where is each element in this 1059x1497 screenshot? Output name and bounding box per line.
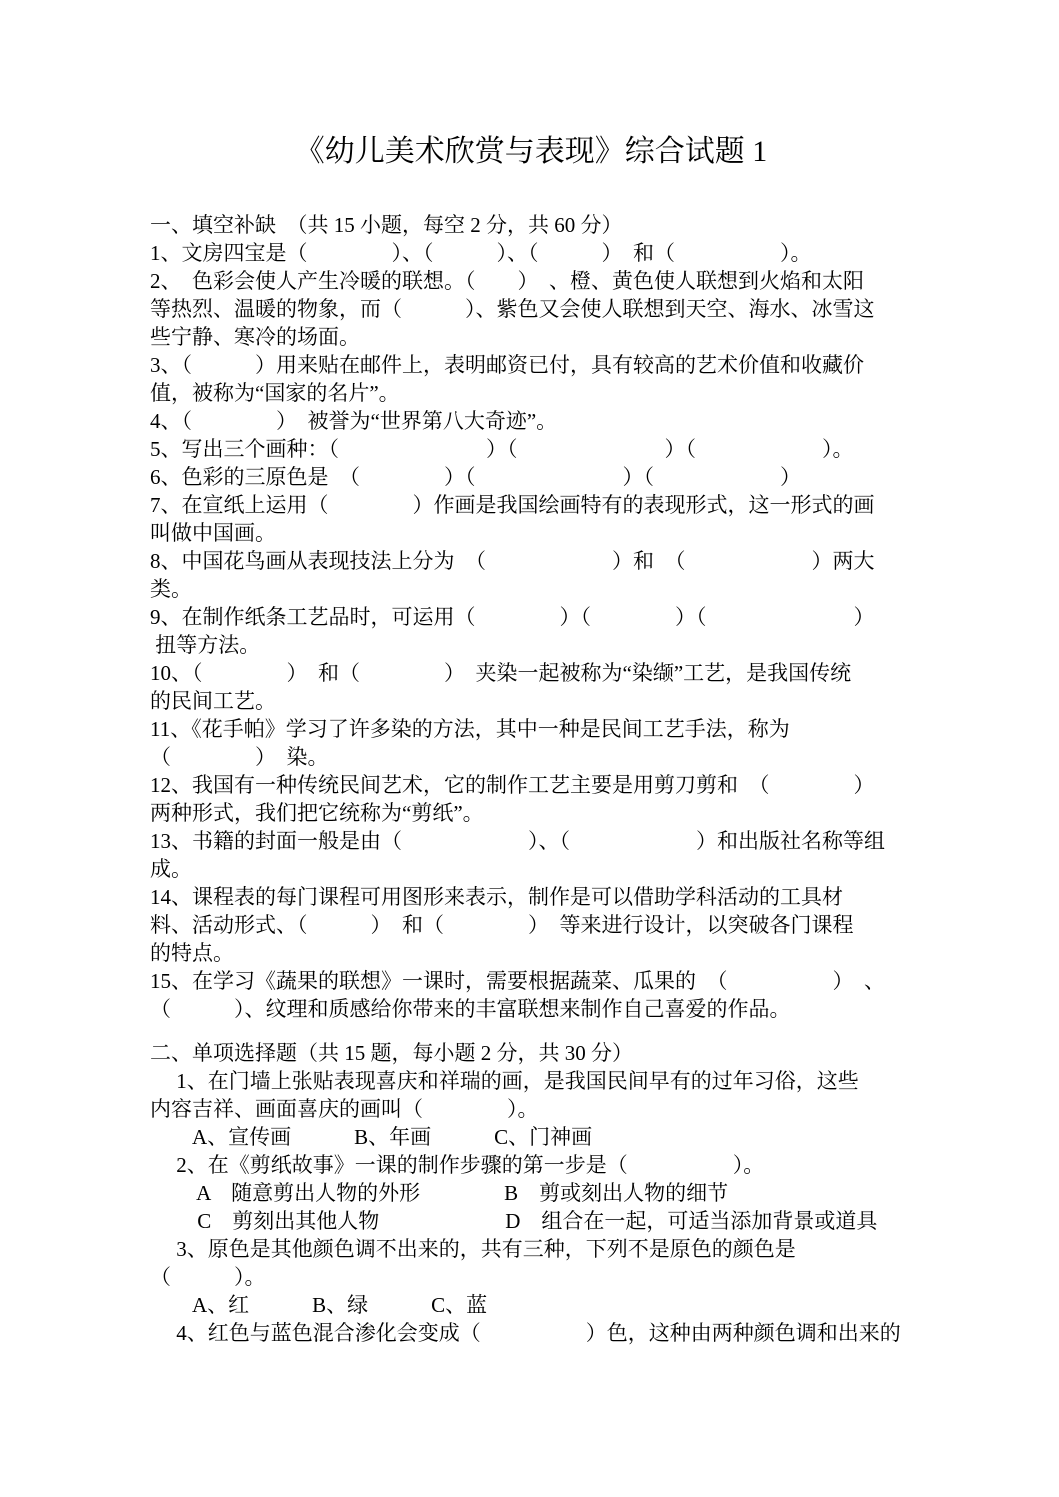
question-choice-2: 2、在《剪纸故事》一课的制作步骤的第一步是（ ）。 A 随意剪出人物的外形 B … — [150, 1151, 950, 1235]
question-fill-5: 5、写出三个画种：（ ）（ ）（ ）。 — [150, 435, 950, 463]
question-line: 7、在宣纸上运用（ ）作画是我国绘画特有的表现形式，这一形式的画 — [150, 491, 950, 519]
question-line: 值，被称为“国家的名片”。 — [150, 379, 950, 407]
section-heading: 二、单项选择题（共 15 题，每小题 2 分，共 30 分） — [150, 1039, 950, 1067]
question-line: 两种形式，我们把它统称为“剪纸”。 — [150, 799, 950, 827]
exam-document-page: 《幼儿美术欣赏与表现》综合试题 1 一、填空补缺 （共 15 小题，每空 2 分… — [0, 0, 1059, 1497]
question-line: 内容吉祥、画面喜庆的画叫（ ）。 — [150, 1095, 950, 1123]
question-fill-15: 15、在学习《蔬果的联想》一课时，需要根据蔬菜、瓜果的 （ ） 、 （ ）、纹理… — [150, 967, 950, 1023]
question-line: 8、中国花鸟画从表现技法上分为 （ ）和 （ ）两大 — [150, 547, 950, 575]
question-choice-1: 1、在门墙上张贴表现喜庆和祥瑞的画，是我国民间早有的过年习俗，这些 内容吉祥、画… — [150, 1067, 950, 1151]
question-fill-14: 14、课程表的每门课程可用图形来表示，制作是可以借助学科活动的工具材 料、活动形… — [150, 883, 950, 967]
question-fill-12: 12、我国有一种传统民间艺术，它的制作工艺主要是用剪刀剪和 （ ） 两种形式，我… — [150, 771, 950, 827]
question-line: 2、 色彩会使人产生冷暖的联想。（ ） 、橙、黄色使人联想到火焰和太阳 — [150, 267, 950, 295]
question-line: 扭等方法。 — [150, 631, 950, 659]
document-content: 《幼儿美术欣赏与表现》综合试题 1 一、填空补缺 （共 15 小题，每空 2 分… — [150, 0, 950, 1347]
question-line: 12、我国有一种传统民间艺术，它的制作工艺主要是用剪刀剪和 （ ） — [150, 771, 950, 799]
question-line: 的民间工艺。 — [150, 687, 950, 715]
question-line: 等热烈、温暖的物象，而（ ）、紫色又会使人联想到天空、海水、冰雪这 — [150, 295, 950, 323]
question-options: A、红 B、绿 C、蓝 — [150, 1291, 950, 1319]
question-line: 叫做中国画。 — [150, 519, 950, 547]
question-line: 13、书籍的封面一般是由（ ）、（ ）和出版社名称等组 — [150, 827, 950, 855]
section-fill-in-blanks: 一、填空补缺 （共 15 小题，每空 2 分，共 60 分） 1、文房四宝是（ … — [150, 211, 950, 1023]
question-line: 11、《花手帕》学习了许多染的方法，其中一种是民间工艺手法，称为 — [150, 715, 950, 743]
question-line: 5、写出三个画种：（ ）（ ）（ ）。 — [150, 435, 950, 463]
question-options: C 剪刻出其他人物 D 组合在一起，可适当添加背景或道具 — [150, 1207, 950, 1235]
question-line: 4、（ ） 被誉为“世界第八大奇迹”。 — [150, 407, 950, 435]
question-line: 3、原色是其他颜色调不出来的，共有三种，下列不是原色的颜色是 — [150, 1235, 950, 1263]
question-line: 9、在制作纸条工艺品时，可运用（ ）（ ）（ ） — [150, 603, 950, 631]
question-line: 1、文房四宝是（ ）、（ ）、（ ） 和（ ）。 — [150, 239, 950, 267]
question-fill-11: 11、《花手帕》学习了许多染的方法，其中一种是民间工艺手法，称为 （ ） 染。 — [150, 715, 950, 771]
question-line: （ ）。 — [150, 1263, 950, 1291]
question-fill-6: 6、色彩的三原色是 （ ）（ ）（ ） — [150, 463, 950, 491]
question-line: 3、（ ）用来贴在邮件上，表明邮资已付，具有较高的艺术价值和收藏价 — [150, 351, 950, 379]
question-fill-8: 8、中国花鸟画从表现技法上分为 （ ）和 （ ）两大 类。 — [150, 547, 950, 603]
question-fill-3: 3、（ ）用来贴在邮件上，表明邮资已付，具有较高的艺术价值和收藏价 值，被称为“… — [150, 351, 950, 407]
question-line: 15、在学习《蔬果的联想》一课时，需要根据蔬菜、瓜果的 （ ） 、 — [150, 967, 950, 995]
question-line: （ ）、纹理和质感给你带来的丰富联想来制作自己喜爱的作品。 — [150, 995, 950, 1023]
question-fill-10: 10、（ ） 和（ ） 夹染一起被称为“染缬”工艺，是我国传统 的民间工艺。 — [150, 659, 950, 715]
question-line: 类。 — [150, 575, 950, 603]
question-fill-13: 13、书籍的封面一般是由（ ）、（ ）和出版社名称等组 成。 — [150, 827, 950, 883]
question-fill-2: 2、 色彩会使人产生冷暖的联想。（ ） 、橙、黄色使人联想到火焰和太阳 等热烈、… — [150, 267, 950, 351]
question-fill-4: 4、（ ） 被誉为“世界第八大奇迹”。 — [150, 407, 950, 435]
question-options: A、宣传画 B、年画 C、门神画 — [150, 1123, 950, 1151]
question-choice-3: 3、原色是其他颜色调不出来的，共有三种，下列不是原色的颜色是 （ ）。 A、红 … — [150, 1235, 950, 1319]
question-fill-7: 7、在宣纸上运用（ ）作画是我国绘画特有的表现形式，这一形式的画 叫做中国画。 — [150, 491, 950, 547]
question-line: 6、色彩的三原色是 （ ）（ ）（ ） — [150, 463, 950, 491]
question-line: 些宁静、寒冷的场面。 — [150, 323, 950, 351]
question-line: 的特点。 — [150, 939, 950, 967]
question-line: （ ） 染。 — [150, 743, 950, 771]
question-line: 1、在门墙上张贴表现喜庆和祥瑞的画，是我国民间早有的过年习俗，这些 — [150, 1067, 950, 1095]
question-line: 14、课程表的每门课程可用图形来表示，制作是可以借助学科活动的工具材 — [150, 883, 950, 911]
question-line: 10、（ ） 和（ ） 夹染一起被称为“染缬”工艺，是我国传统 — [150, 659, 950, 687]
page-title: 《幼儿美术欣赏与表现》综合试题 1 — [150, 129, 912, 175]
question-choice-4: 4、红色与蓝色混合渗化会变成（ ）色，这种由两种颜色调和出来的 — [150, 1319, 950, 1347]
question-line: 2、在《剪纸故事》一课的制作步骤的第一步是（ ）。 — [150, 1151, 950, 1179]
question-options: A 随意剪出人物的外形 B 剪或刻出人物的细节 — [150, 1179, 950, 1207]
section-heading: 一、填空补缺 （共 15 小题，每空 2 分，共 60 分） — [150, 211, 950, 239]
question-line: 4、红色与蓝色混合渗化会变成（ ）色，这种由两种颜色调和出来的 — [150, 1319, 950, 1347]
question-fill-1: 1、文房四宝是（ ）、（ ）、（ ） 和（ ）。 — [150, 239, 950, 267]
question-line: 成。 — [150, 855, 950, 883]
question-fill-9: 9、在制作纸条工艺品时，可运用（ ）（ ）（ ） 扭等方法。 — [150, 603, 950, 659]
question-line: 料、活动形式、（ ） 和（ ） 等来进行设计，以突破各门课程 — [150, 911, 950, 939]
section-multiple-choice: 二、单项选择题（共 15 题，每小题 2 分，共 30 分） 1、在门墙上张贴表… — [150, 1039, 950, 1347]
